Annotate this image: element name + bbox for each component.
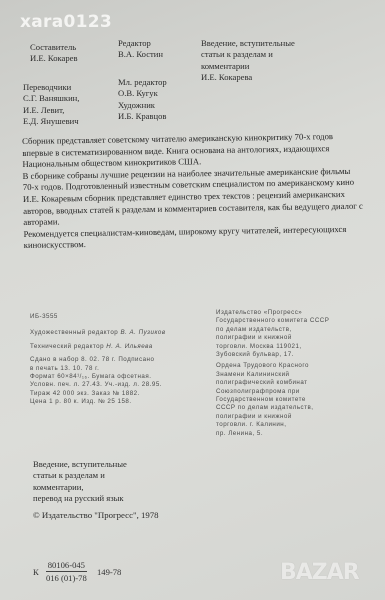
credit-compiler: Составитель И.Е. Кокарев (30, 42, 78, 65)
credit-translators: Переводчики С.Г. Ваняшкин, И.Е. Левит, Е… (23, 82, 79, 128)
artist-label: Художник (118, 100, 167, 111)
artist-name: И.Б. Кравцов (118, 111, 167, 122)
printer-line: Государственном комитете (216, 396, 329, 404)
print-line: Тираж 42 000 экз. Заказ № 1882. (30, 390, 166, 398)
catalog-numerator: 80106-045 (46, 560, 87, 572)
intro-author: И.Е. Кокарева (201, 72, 295, 83)
catalog-denominator: 016 (01)-78 (46, 572, 87, 583)
printer-line: полиграфический комбинат (216, 379, 329, 387)
catalog-suffix: 149-78 (97, 567, 121, 577)
catalog-code: К 80106-045 016 (01)-78 149-78 (33, 560, 121, 583)
printer-line: полиграфии и книжной (216, 413, 329, 421)
translators-label: Переводчики (23, 82, 79, 93)
credit-jr-editor-artist: Мл. редактор О.В. Кугук Художник И.Б. Кр… (118, 77, 167, 123)
annotation: Сборник представляет советскому читателю… (22, 131, 364, 252)
print-line: Цена 1 р. 80 к. Изд. № 25 158. (30, 398, 166, 406)
imprint-right: Издательство «Прогресс» Государственного… (216, 309, 329, 438)
intro-line: статьи к разделам и (201, 49, 295, 60)
watermark-bazar-logo: BAZAR (280, 560, 359, 585)
publisher-line: Зубовский бульвар, 17. (216, 351, 329, 359)
tech-editor-label: Технический редактор (30, 343, 104, 350)
printer-line: Ордена Трудового Красного (216, 362, 329, 370)
copyright-line: статьи к разделам и (33, 470, 159, 481)
credit-intro: Введение, вступительные статьи к раздела… (201, 38, 295, 84)
editor-label: Редактор (118, 38, 163, 49)
translator-name: Е.Д. Янушевич (23, 116, 79, 127)
print-line: Формат 60×84¹/₁₆. Бумага офсетная. (30, 373, 166, 381)
compiler-name: И.Е. Кокарев (30, 53, 78, 64)
art-editor-label: Художественный редактор (30, 329, 118, 336)
copyright-notice: © Издательство "Прогресс", 1978 (33, 510, 159, 521)
printer-line: пр. Ленина, 5. (216, 430, 329, 438)
credit-editor: Редактор В.А. Костин (118, 38, 163, 61)
art-editor-name: В. А. Пузиков (120, 329, 165, 336)
publisher-line: Издательство «Прогресс» (216, 309, 329, 317)
editor-name: В.А. Костин (118, 49, 163, 60)
translator-name: С.Г. Ваняшкин, (23, 93, 79, 104)
catalog-fraction: 80106-045 016 (01)-78 (46, 560, 87, 583)
annotation-paragraph: Рекомендуется специалистам-киноведам, ши… (23, 223, 363, 252)
printer-line: торговли. г. Калинин, (216, 421, 329, 429)
intro-line: Введение, вступительные (201, 38, 295, 49)
print-line: в печать 13. 10. 78 г. (30, 365, 166, 373)
print-line: Сдано в набор 8. 02. 78 г. Подписано (30, 356, 166, 364)
copyright-block: Введение, вступительные статьи к раздела… (33, 459, 159, 521)
catalog-prefix: К (33, 567, 39, 577)
printer-line: Знамени Калининский (216, 371, 329, 379)
jr-editor-name: О.В. Кугук (118, 88, 167, 99)
translator-name: И.Е. Левит, (23, 105, 79, 116)
printer-line: СССР по делам издательств, (216, 404, 329, 412)
copyright-line: комментарии, (33, 482, 159, 493)
intro-line: комментарии (201, 61, 295, 72)
publisher-line: по делам издательств, (216, 326, 329, 334)
printer-line: Союзполиграфпрома при (216, 388, 329, 396)
ib-number: ИБ-3555 (30, 313, 166, 321)
tech-editor-line: Технический редактор Н. А. Ильяева (30, 343, 166, 351)
copyright-line: Введение, вступительные (33, 459, 159, 470)
annotation-paragraph: В сборнике собраны лучшие рецензии на на… (23, 165, 364, 228)
copyright-line: перевод на русский язык (33, 493, 159, 504)
compiler-label: Составитель (30, 42, 78, 53)
imprint-left: ИБ-3555 Художественный редактор В. А. Пу… (30, 313, 166, 407)
art-editor-line: Художественный редактор В. А. Пузиков (30, 329, 166, 337)
annotation-paragraph: Сборник представляет советскому читателю… (22, 131, 363, 171)
watermark-top: xara0123 (20, 12, 112, 32)
publisher-line: торговли. Москва 119021, (216, 343, 329, 351)
tech-editor-name: Н. А. Ильяева (106, 343, 152, 350)
jr-editor-label: Мл. редактор (118, 77, 167, 88)
publisher-line: полиграфии и книжной (216, 334, 329, 342)
print-line: Условн. печ. л. 27.43. Уч.-изд. л. 28.95… (30, 381, 166, 389)
publisher-line: Государственного комитета СССР (216, 317, 329, 325)
